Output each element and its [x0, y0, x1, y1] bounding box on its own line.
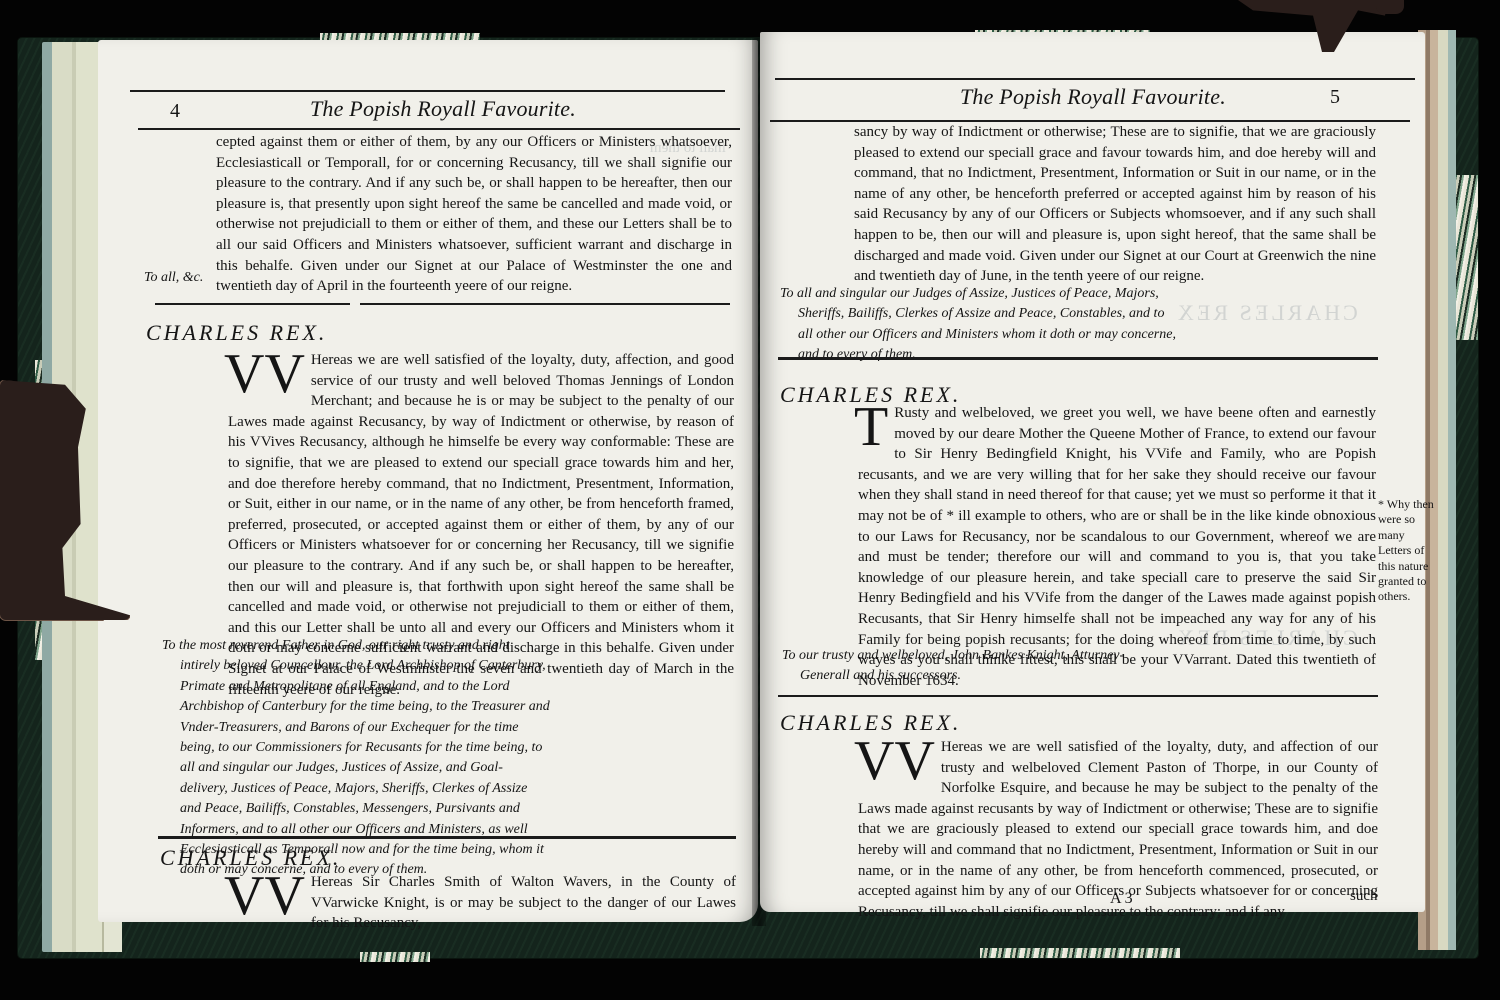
section-rule: [778, 357, 1378, 360]
continuation-text-right: sancy by way of Indictment or otherwise;…: [854, 122, 1376, 287]
section-rule: [360, 303, 730, 305]
section-rule: [158, 836, 736, 839]
page-weight-clamp: [1376, 0, 1404, 14]
catchword: such: [1350, 888, 1378, 905]
section-rule: [778, 695, 1378, 697]
section-rule: [155, 303, 350, 305]
page-number-left: 4: [170, 100, 180, 123]
margin-note: * Why then were so many Letters of this …: [1378, 497, 1434, 605]
running-title-left: The Popish Royall Favourite.: [310, 96, 576, 122]
header-rule: [138, 128, 740, 130]
header-rule: [775, 78, 1415, 80]
running-title-right: The Popish Royall Favourite.: [960, 84, 1226, 110]
letter-address: To our trusty and welbeloved, John Banke…: [782, 646, 1140, 687]
drop-cap: VV: [854, 739, 935, 783]
signature-mark: A 3: [1110, 890, 1133, 908]
continuation-text-left: cepted against them or either of them, b…: [216, 132, 732, 297]
drop-cap: VV: [224, 874, 305, 918]
show-through-text: CHARLES REX: [1175, 300, 1358, 326]
letter-body: VVHereas Sir Charles Smith of Walton Wav…: [228, 872, 736, 934]
continuation-address-right: To all and singular our Judges of Assize…: [780, 284, 1178, 366]
drop-cap: VV: [224, 352, 305, 396]
continuation-address-left: To all, &c.: [144, 268, 203, 288]
marbled-endpaper: [360, 952, 430, 962]
page-number-right: 5: [1330, 86, 1340, 109]
marbled-endpaper: [980, 948, 1180, 958]
drop-cap: T: [854, 405, 888, 449]
header-rule: [130, 90, 725, 92]
